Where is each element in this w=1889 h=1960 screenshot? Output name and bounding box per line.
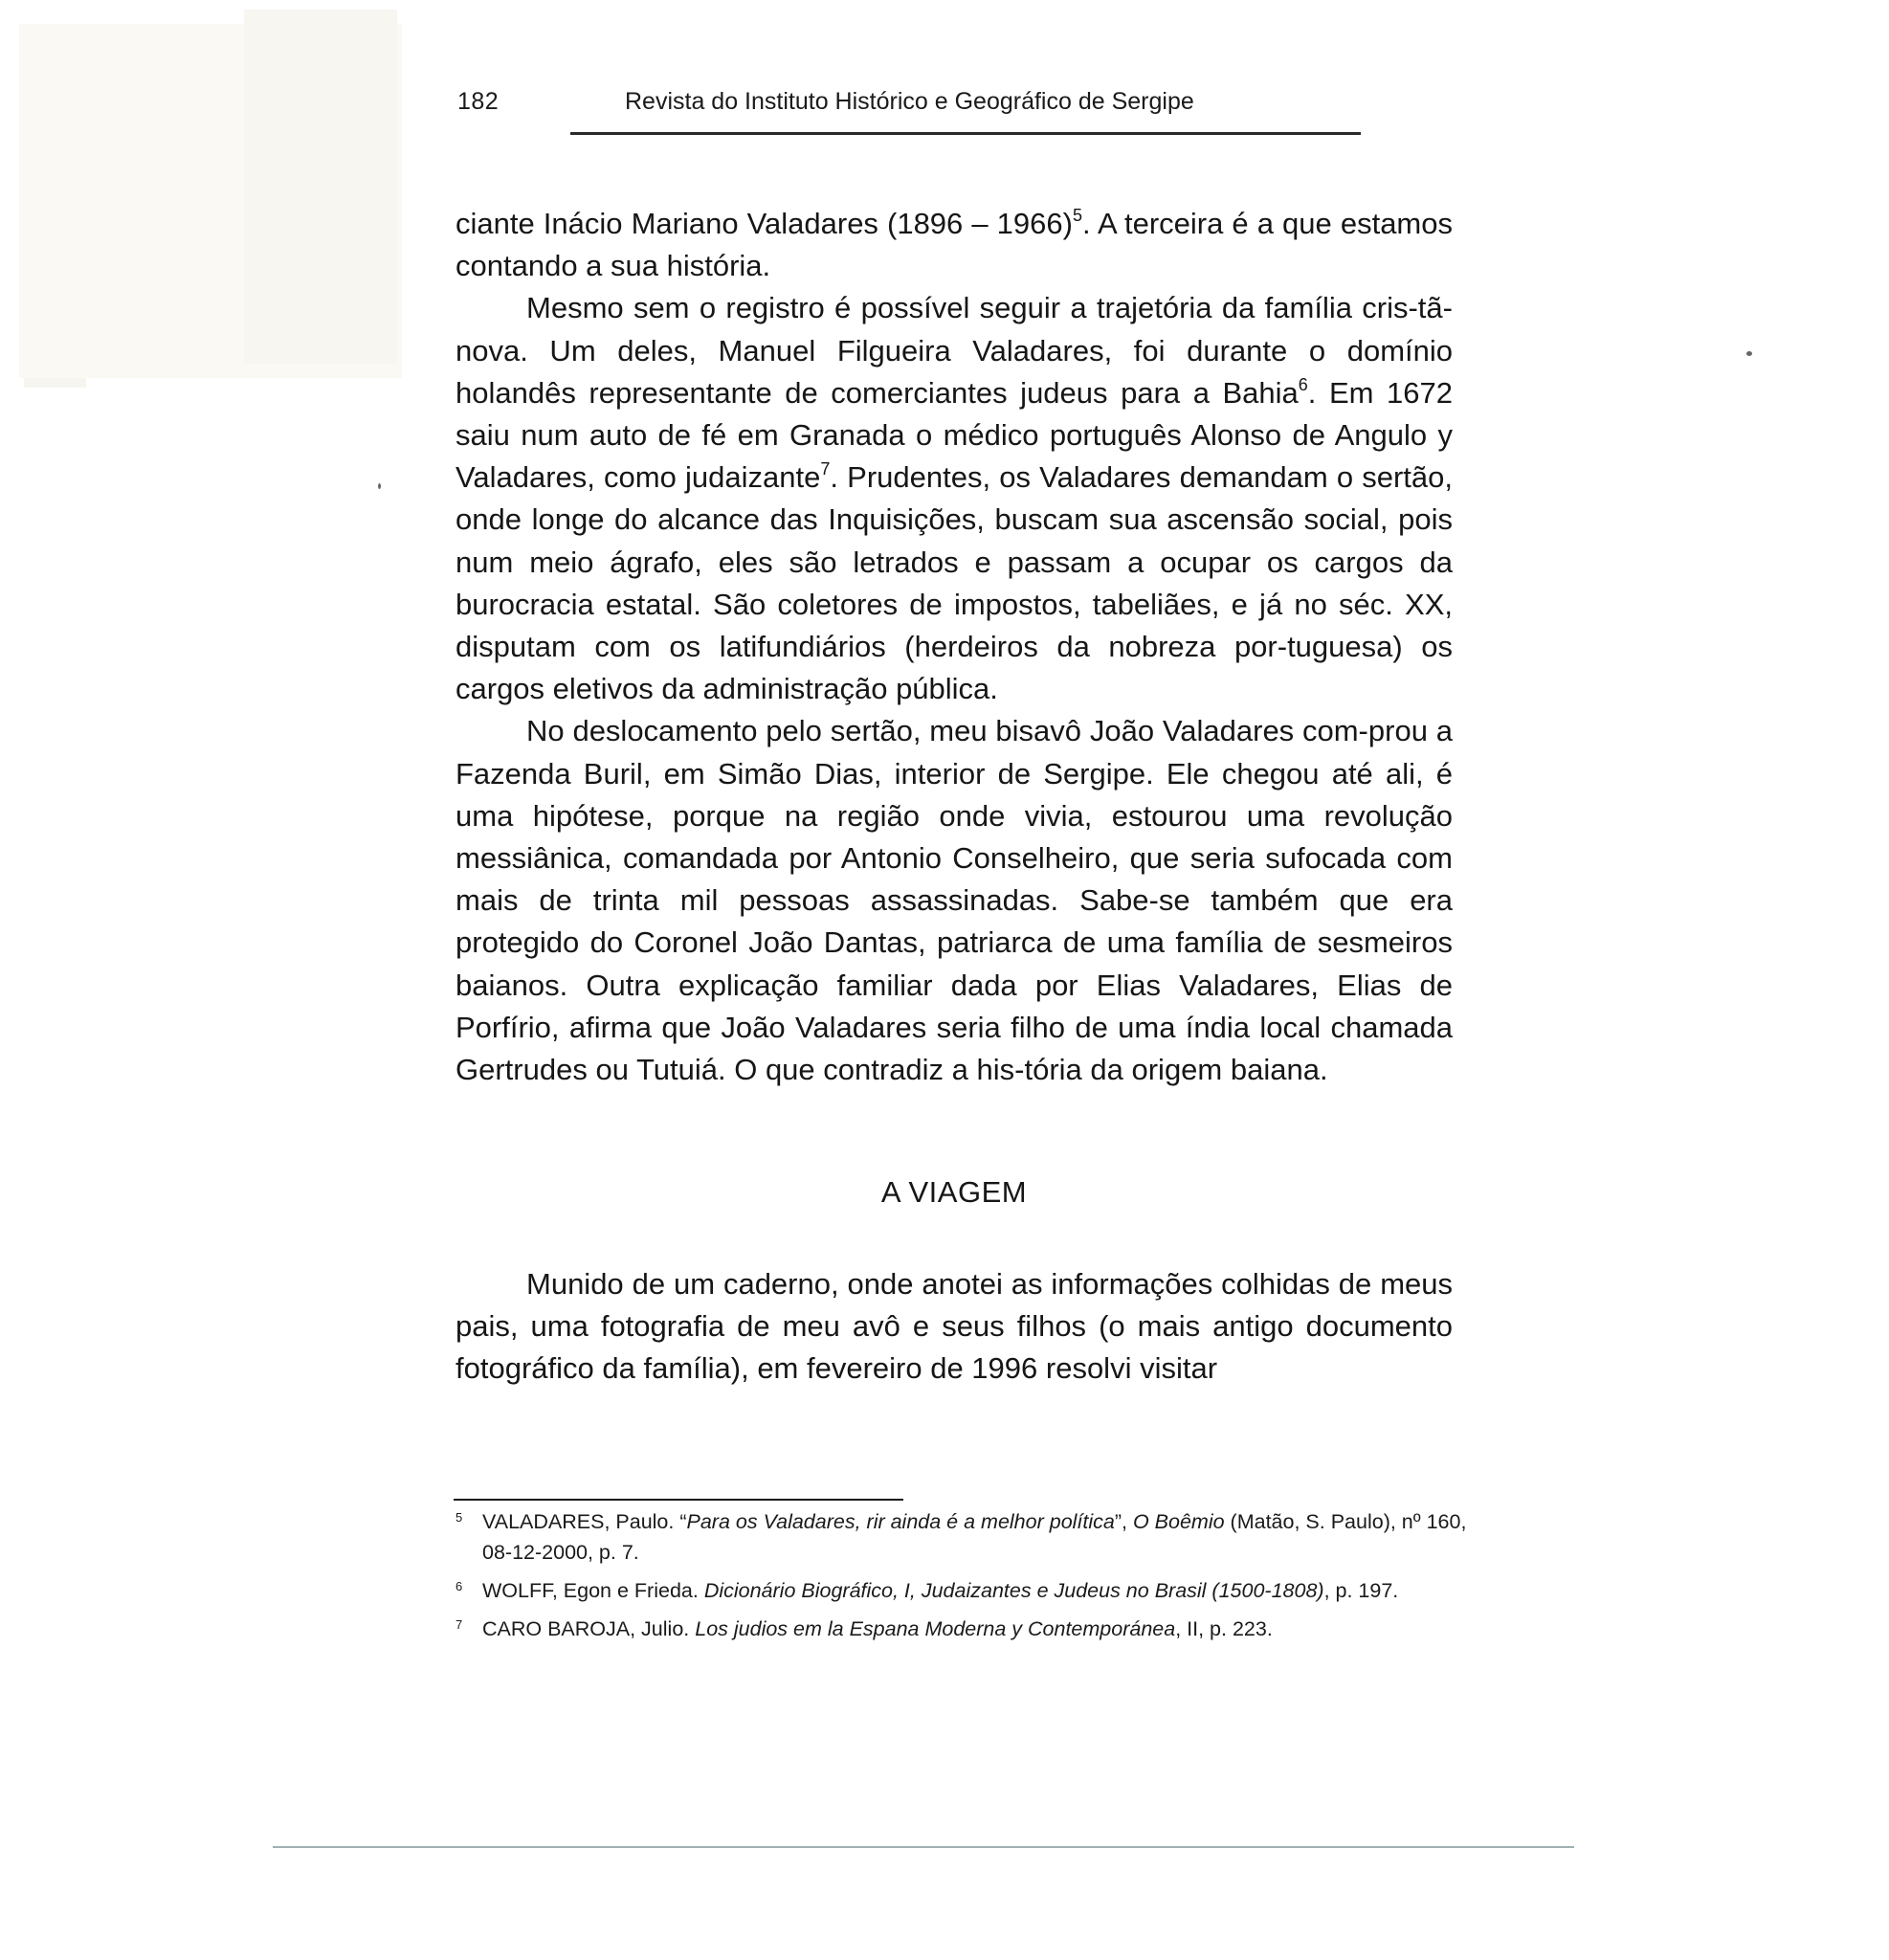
paragraph: Mesmo sem o registro é possível seguir a… xyxy=(456,287,1453,710)
scan-speck xyxy=(378,483,381,489)
citation-title: Los judios em la Espana Moderna y Contem… xyxy=(695,1617,1175,1640)
citation-title: Dicionário Biográfico, I, Judaizantes e … xyxy=(704,1579,1324,1602)
scan-page-edge xyxy=(273,1846,1574,1848)
page-number: 182 xyxy=(457,88,499,116)
footnote: 5VALADARES, Paulo. “Para os Valadares, r… xyxy=(454,1506,1468,1568)
scan-speck xyxy=(1746,351,1752,356)
section-body: Munido de um caderno, onde anotei as inf… xyxy=(456,1263,1453,1391)
section-heading: A VIAGEM xyxy=(456,1175,1453,1210)
citation-title: Para os Valadares, rir ainda é a melhor … xyxy=(687,1510,1115,1533)
paragraph: Munido de um caderno, onde anotei as inf… xyxy=(456,1263,1453,1391)
footnote-ref[interactable]: 7 xyxy=(820,459,830,479)
footnote-ref[interactable]: 5 xyxy=(1073,206,1082,225)
footnote-mark: 7 xyxy=(456,1610,462,1640)
citation-title: O Boêmio xyxy=(1133,1510,1225,1533)
footnote-mark: 6 xyxy=(456,1571,462,1602)
footnote-rule xyxy=(454,1499,903,1501)
paragraph: No deslocamento pelo sertão, meu bisavô … xyxy=(456,710,1453,1091)
footnote: 6WOLFF, Egon e Frieda. Dicionário Biográ… xyxy=(454,1575,1468,1606)
footnote: 7CARO BAROJA, Julio. Los judios em la Es… xyxy=(454,1614,1468,1644)
running-header: 182 Revista do Instituto Histórico e Geo… xyxy=(457,88,1361,136)
scan-shading xyxy=(244,10,397,364)
paragraph: ciante Inácio Mariano Valadares (1896 – … xyxy=(456,203,1453,287)
body-text: ciante Inácio Mariano Valadares (1896 – … xyxy=(456,203,1453,1091)
header-rule xyxy=(570,132,1361,135)
footnote-mark: 5 xyxy=(456,1503,462,1533)
footnote-ref[interactable]: 6 xyxy=(1299,375,1308,394)
footnotes: 5VALADARES, Paulo. “Para os Valadares, r… xyxy=(454,1506,1468,1652)
journal-title: Revista do Instituto Histórico e Geográf… xyxy=(625,88,1194,116)
